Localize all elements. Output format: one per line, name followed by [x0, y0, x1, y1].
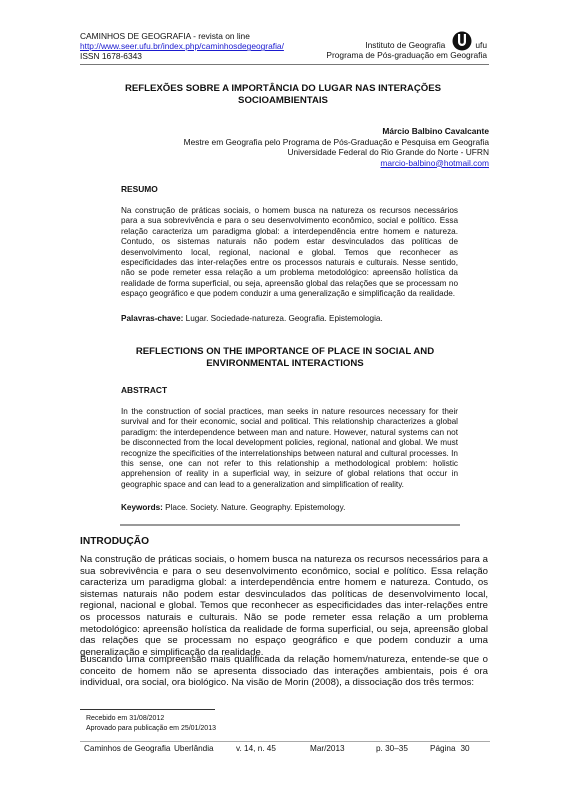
- author-email-link[interactable]: marcio-balbino@hotmail.com: [380, 158, 489, 168]
- ufu-logo-text: ufu: [475, 40, 487, 50]
- author-block: Márcio Balbino Cavalcante Mestre em Geog…: [109, 126, 489, 168]
- footer-pages: p. 30–35: [376, 744, 430, 753]
- keywords-pt: Lugar. Sociedade-natureza. Geografia. Ep…: [186, 314, 383, 323]
- author-name: Márcio Balbino Cavalcante: [109, 126, 489, 137]
- footer-journal: Caminhos de Geografia: [84, 744, 174, 753]
- abstract-keywords: Keywords: Place. Society. Nature. Geogra…: [121, 503, 458, 513]
- footer-date: Mar/2013: [310, 744, 376, 753]
- document-page: CAMINHOS DE GEOGRAFIA - revista on line …: [0, 0, 566, 800]
- section-divider: [120, 524, 460, 526]
- journal-header: CAMINHOS DE GEOGRAFIA - revista on line …: [80, 31, 284, 62]
- program-name: Programa de Pós-graduação em Geografia: [326, 50, 487, 60]
- received-date: Recebido em 31/08/2012: [86, 714, 216, 724]
- footer-page-number: 30: [461, 744, 470, 753]
- article-title-en: REFLECTIONS ON THE IMPORTANCE OF PLACE I…: [110, 346, 460, 369]
- resumo-heading: RESUMO: [121, 184, 458, 194]
- header-divider: [80, 64, 489, 65]
- introduction-paragraph: Buscando uma compreensão mais qualificad…: [80, 654, 488, 689]
- approved-date: Aprovado para publicação em 25/01/2013: [86, 724, 216, 734]
- introduction-heading: INTRODUÇÃO: [80, 536, 149, 547]
- keywords-en: Place. Society. Nature. Geography. Epist…: [165, 503, 345, 512]
- footnotes: Recebido em 31/08/2012 Aprovado para pub…: [86, 714, 216, 734]
- footer-divider: [80, 741, 490, 742]
- journal-name: CAMINHOS DE GEOGRAFIA - revista on line: [80, 31, 284, 41]
- journal-url-link[interactable]: http://www.seer.ufu.br/index.php/caminho…: [80, 41, 284, 51]
- institute-name: Instituto de Geografia: [365, 40, 445, 50]
- page-footer: Caminhos de Geografia Uberlândia v. 14, …: [84, 744, 486, 753]
- resumo-keywords: Palavras-chave: Lugar. Sociedade-naturez…: [121, 314, 458, 324]
- abstract-text: In the construction of social practices,…: [121, 407, 458, 490]
- ufu-logo-icon: [452, 31, 472, 51]
- abstract-heading: ABSTRACT: [121, 385, 458, 395]
- footer-city: Uberlândia: [174, 744, 236, 753]
- footnote-divider: [80, 709, 215, 710]
- institute-header: Instituto de Geografia ufu Programa de P…: [326, 31, 487, 60]
- footer-page-label: Página: [430, 744, 456, 753]
- footer-volume: v. 14, n. 45: [236, 744, 310, 753]
- keywords-label-en: Keywords:: [121, 503, 163, 512]
- author-degree: Mestre em Geografia pelo Programa de Pós…: [109, 137, 489, 148]
- issn: ISSN 1678-6343: [80, 51, 284, 61]
- resumo-text: Na construção de práticas sociais, o hom…: [121, 206, 458, 300]
- keywords-label-pt: Palavras-chave:: [121, 314, 183, 323]
- introduction-paragraph: Na construção de práticas sociais, o hom…: [80, 554, 488, 658]
- article-title: REFLEXÕES SOBRE A IMPORTÂNCIA DO LUGAR N…: [100, 83, 466, 106]
- author-university: Universidade Federal do Rio Grande do No…: [109, 147, 489, 158]
